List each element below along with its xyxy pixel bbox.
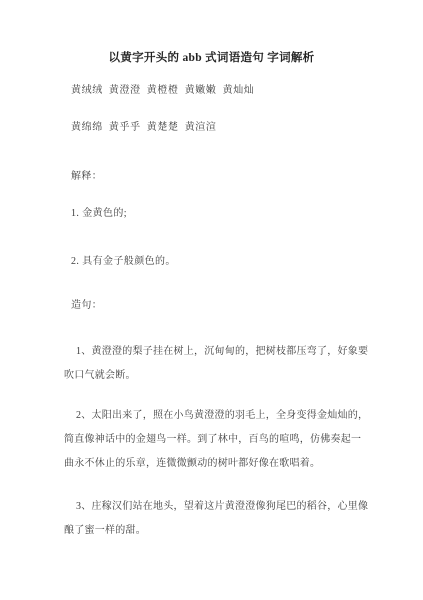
sentence-line: 曲永不休止的乐章，连微微颤动的树叶都好像在歌唱着。 [64,452,366,476]
word-list-row-2: 黄绵绵 黄乎乎 黄楚楚 黄渲渲 [71,122,217,135]
example-sentence-2: 2、太阳出来了，照在小鸟黄澄澄的羽毛上，全身变得金灿灿的， 简直像神话中的金翅鸟… [64,404,366,476]
definition-item-2: 2. 具有金子般颜色的。 [71,256,176,269]
document-page: 以黄字开头的 abb 式词语造句 字词解析 黄绒绒 黄澄澄 黄橙橙 黄嫩嫩 黄灿… [0,0,423,600]
sentence-line: 2、太阳出来了，照在小鸟黄澄澄的羽毛上，全身变得金灿灿的， [64,404,366,428]
sentences-heading: 造句： [71,300,102,313]
sentence-line: 1、黄澄澄的梨子挂在树上，沉甸甸的，把树枝都压弯了，好象要 [64,340,366,364]
word-list-row-1: 黄绒绒 黄澄澄 黄橙橙 黄嫩嫩 黄灿灿 [71,85,254,98]
definition-item-1: 1. 金黄色的; [71,208,127,221]
example-sentence-1: 1、黄澄澄的梨子挂在树上，沉甸甸的，把树枝都压弯了，好象要 吹口气就会断。 [64,340,366,388]
sentence-line: 酿了蜜一样的甜。 [64,519,366,543]
sentence-line: 3、庄稼汉们站在地头，望着这片黄澄澄像狗尾巴的稻谷，心里像 [64,495,366,519]
sentence-line: 吹口气就会断。 [64,364,366,388]
example-sentence-3: 3、庄稼汉们站在地头，望着这片黄澄澄像狗尾巴的稻谷，心里像 酿了蜜一样的甜。 [64,495,366,543]
page-title: 以黄字开头的 abb 式词语造句 字词解析 [0,49,423,65]
sentence-line: 简直像神话中的金翅鸟一样。到了林中，百鸟的喧鸣，仿佛奏起一 [64,428,366,452]
explanation-heading: 解释： [71,171,102,184]
